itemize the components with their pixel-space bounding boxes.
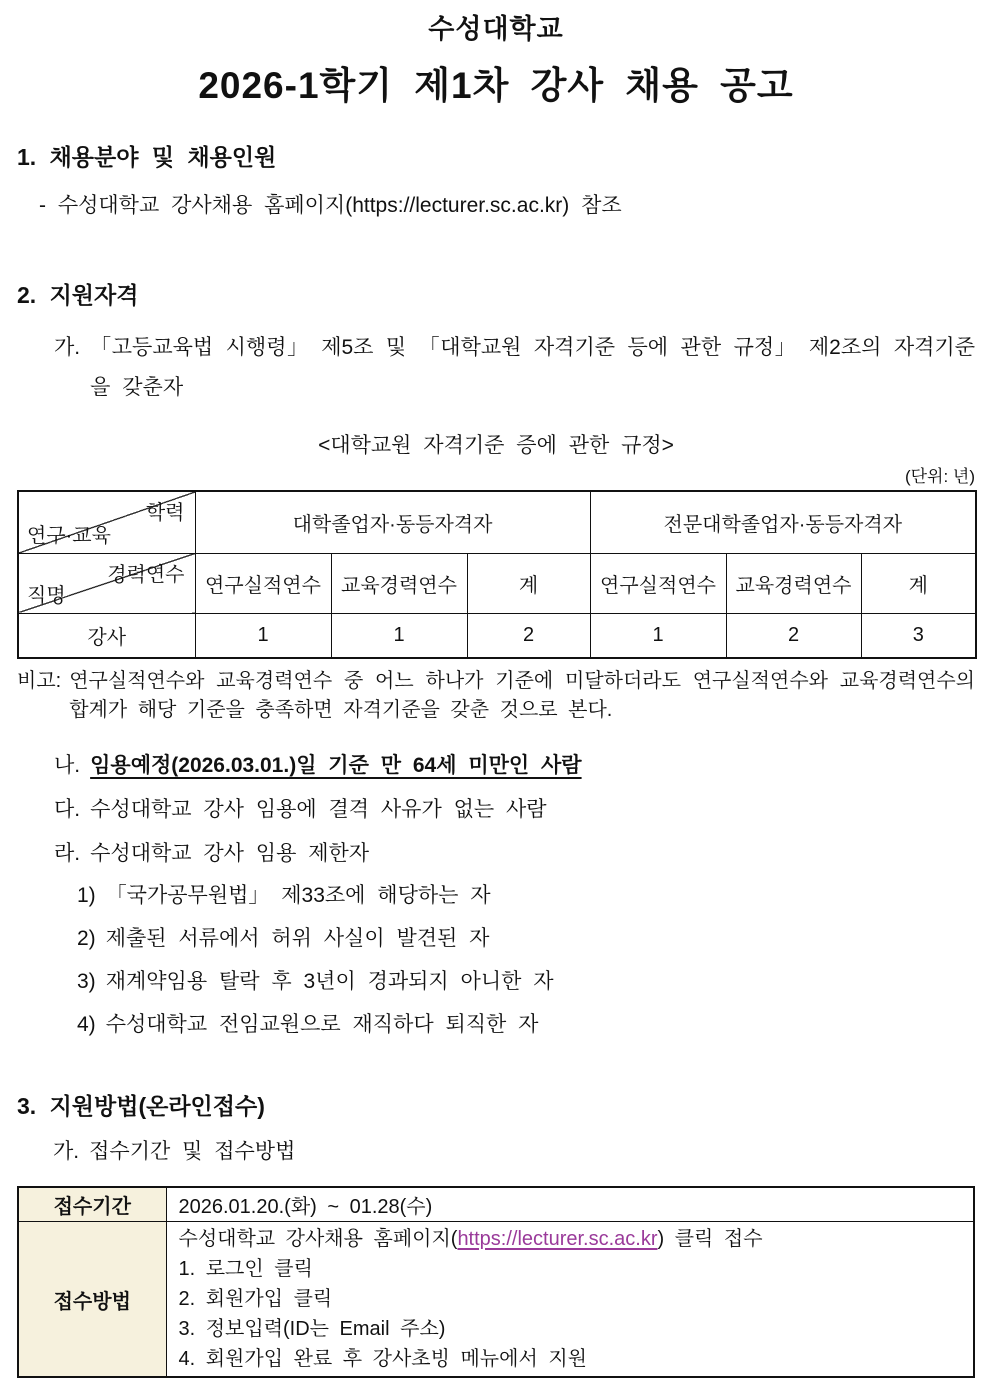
item-text: 제출된 서류에서 허위 사실이 발견된 자 — [106, 924, 490, 954]
group-header-university: 대학졸업자·동등자격자 — [195, 491, 590, 553]
period-value-cell: 2026.01.20.(화) ~ 01.28(수) — [166, 1187, 974, 1222]
table-corner-cell-career: 경력연수 직명 — [18, 553, 195, 613]
col-header: 연구실적연수 — [195, 553, 331, 613]
table-row-period: 접수기간 2026.01.20.(화) ~ 01.28(수) — [18, 1187, 974, 1222]
item-label: 가. — [54, 328, 80, 368]
method-line-website: 수성대학교 강사채용 홈페이지(https://lecturer.sc.ac.k… — [179, 1224, 970, 1254]
col-header: 교육경력연수 — [331, 553, 467, 613]
application-table: 접수기간 2026.01.20.(화) ~ 01.28(수) 접수방법 수성대학… — [17, 1186, 975, 1378]
cell-value: 1 — [331, 613, 467, 658]
corner-bottom-label: 연구·교육 — [27, 519, 111, 548]
col-header: 계 — [861, 553, 976, 613]
note-label: 비고: — [17, 667, 61, 696]
method-step: 1. 로그인 클릭 — [179, 1254, 970, 1284]
qualification-table: 학력 연구·교육 대학졸업자·동등자격자 전문대학졸업자·동등자격자 경력연수 … — [17, 490, 977, 659]
item-text: 수성대학교 강사 임용에 결격 사유가 없는 사람 — [90, 795, 546, 825]
cell-value: 2 — [726, 613, 861, 658]
item-text: 「고등교육법 시행령」 제5조 및 「대학교원 자격기준 등에 관한 규정」 제… — [90, 328, 975, 408]
item-text: 수성대학교 전임교원으로 재직하다 퇴직한 자 — [106, 1010, 539, 1040]
restriction-item-2: 2) 제출된 서류에서 허위 사실이 발견된 자 — [17, 924, 975, 954]
item-text: 접수기간 및 접수방법 — [89, 1138, 295, 1166]
col-header: 계 — [467, 553, 590, 613]
row-label-lecturer: 강사 — [18, 613, 195, 658]
qualification-item-ra: 라. 수성대학교 강사 임용 제한자 — [17, 839, 975, 869]
item-label: 다. — [54, 795, 80, 825]
restriction-item-1: 1) 「국가공무원법」 제33조에 해당하는 자 — [17, 881, 975, 911]
page-title: 2026-1학기 제1차 강사 채용 공고 — [17, 62, 975, 110]
restriction-item-3: 3) 재계약임용 탈락 후 3년이 경과되지 아니한 자 — [17, 967, 975, 997]
method-step: 4. 회원가입 완료 후 강사초빙 메뉴에서 지원 — [179, 1344, 970, 1374]
method-step: 3. 정보입력(ID는 Email 주소) — [179, 1314, 970, 1344]
qualification-item-ga: 가. 「고등교육법 시행령」 제5조 및 「대학교원 자격기준 등에 관한 규정… — [17, 328, 975, 408]
table-row-method: 접수방법 수성대학교 강사채용 홈페이지(https://lecturer.sc… — [18, 1222, 974, 1378]
section3-heading: 3. 지원방법(온라인접수) — [17, 1090, 975, 1122]
item-label: 3) — [77, 967, 96, 997]
document-page: 수성대학교 2026-1학기 제1차 강사 채용 공고 1. 채용분야 및 채용… — [0, 0, 992, 1389]
cell-value: 2 — [467, 613, 590, 658]
unit-note: (단위: 년) — [17, 466, 975, 488]
item-label: 가. — [53, 1138, 79, 1166]
cell-value: 3 — [861, 613, 976, 658]
cell-value: 1 — [590, 613, 726, 658]
item-label: 2) — [77, 924, 96, 954]
corner-bottom-label: 직명 — [27, 579, 66, 608]
qualification-item-da: 다. 수성대학교 강사 임용에 결격 사유가 없는 사람 — [17, 795, 975, 825]
organization-name: 수성대학교 — [17, 12, 975, 46]
method-line-suffix: ) 클릭 접수 — [658, 1228, 763, 1250]
section1-heading: 1. 채용분야 및 채용인원 — [17, 142, 975, 172]
group-header-college: 전문대학졸업자·동등자격자 — [590, 491, 976, 553]
item-text: 「국가공무원법」 제33조에 해당하는 자 — [106, 881, 491, 911]
item-label: 라. — [54, 839, 80, 869]
method-line-prefix: 수성대학교 강사채용 홈페이지( — [179, 1228, 458, 1250]
qual-table-caption: <대학교원 자격기준 증에 관한 규정> — [17, 432, 975, 460]
item-label: 1) — [77, 881, 96, 911]
item-text-emphasized: 임용예정(2026.03.01.)일 기준 만 64세 미만인 사람 — [90, 751, 581, 781]
cell-value: 1 — [195, 613, 331, 658]
restriction-item-4: 4) 수성대학교 전임교원으로 재직하다 퇴직한 자 — [17, 1010, 975, 1040]
method-step: 2. 회원가입 클릭 — [179, 1284, 970, 1314]
corner-top-label: 경력연수 — [107, 558, 184, 587]
section3-sub-item: 가. 접수기간 및 접수방법 — [17, 1138, 975, 1166]
period-header-cell: 접수기간 — [18, 1187, 166, 1222]
col-header: 교육경력연수 — [726, 553, 861, 613]
method-value-cell: 수성대학교 강사채용 홈페이지(https://lecturer.sc.ac.k… — [166, 1222, 974, 1378]
col-header: 연구실적연수 — [590, 553, 726, 613]
table-row: 강사 1 1 2 1 2 3 — [18, 613, 976, 658]
section1-reference-item: - 수성대학교 강사채용 홈페이지(https://lecturer.sc.ac… — [17, 192, 975, 220]
item-label: 나. — [54, 751, 80, 781]
qualification-item-na: 나. 임용예정(2026.03.01.)일 기준 만 64세 미만인 사람 — [17, 751, 975, 781]
corner-top-label: 학력 — [146, 496, 185, 525]
item-label: 4) — [77, 1010, 96, 1040]
item-text: 재계약임용 탈락 후 3년이 경과되지 아니한 자 — [106, 967, 554, 997]
item-text: 수성대학교 강사 임용 제한자 — [90, 839, 369, 869]
note-text: 연구실적연수와 교육경력연수 중 어느 하나가 기준에 미달하더라도 연구실적연… — [69, 667, 975, 725]
section2-heading: 2. 지원자격 — [17, 280, 975, 310]
table-note: 비고: 연구실적연수와 교육경력연수 중 어느 하나가 기준에 미달하더라도 연… — [17, 667, 975, 725]
lecturer-site-link[interactable]: https://lecturer.sc.ac.kr — [457, 1228, 657, 1250]
method-header-cell: 접수방법 — [18, 1222, 166, 1378]
table-corner-cell-education: 학력 연구·교육 — [18, 491, 195, 553]
